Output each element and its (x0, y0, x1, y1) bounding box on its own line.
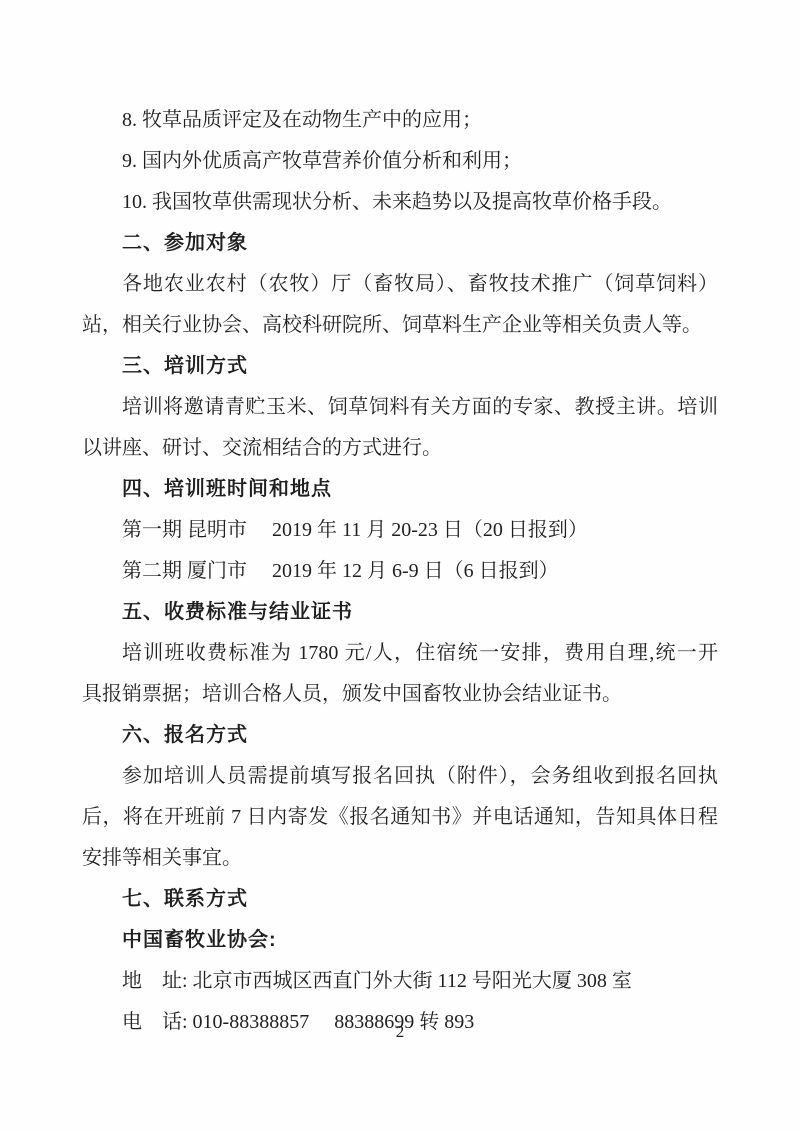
paragraph-line: 站，相关行业协会、高校科研院所、饲草料生产企业等相关负责人等。 (82, 305, 718, 346)
section-heading-contact: 七、联系方式 (82, 879, 718, 920)
numbered-item-9: 9. 国内外优质高产牧草营养价值分析和利用； (82, 141, 718, 182)
numbered-item-10: 10. 我国牧草供需现状分析、未来趋势以及提高牧草价格手段。 (82, 182, 718, 223)
paragraph-line: 具报销票据；培训合格人员，颁发中国畜牧业协会结业证书。 (82, 674, 718, 715)
paragraph-line: 培训将邀请青贮玉米、饲草饲料有关方面的专家、教授主讲。培训 (82, 387, 718, 428)
document-page: 8. 牧草品质评定及在动物生产中的应用； 9. 国内外优质高产牧草营养价值分析和… (0, 0, 800, 1131)
section-heading-time-location: 四、培训班时间和地点 (82, 469, 718, 510)
page-number: 2 (0, 1022, 800, 1042)
document-content: 8. 牧草品质评定及在动物生产中的应用； 9. 国内外优质高产牧草营养价值分析和… (0, 0, 800, 1043)
section-heading-participants: 二、参加对象 (82, 223, 718, 264)
section-heading-fees-certificate: 五、收费标准与结业证书 (82, 592, 718, 633)
numbered-item-8: 8. 牧草品质评定及在动物生产中的应用； (82, 100, 718, 141)
paragraph-line: 以讲座、研讨、交流相结合的方式进行。 (82, 428, 718, 469)
paragraph-line: 参加培训人员需提前填写报名回执（附件），会务组收到报名回执 (82, 756, 718, 797)
schedule-line-session-2: 第二期 厦门市 2019 年 12 月 6-9 日（6 日报到） (82, 551, 718, 592)
org-name: 中国畜牧业协会: (82, 920, 718, 961)
contact-line-address: 地 址: 北京市西城区西直门外大街 112 号阳光大厦 308 室 (82, 961, 718, 1002)
paragraph-line: 安排等相关事宜。 (82, 838, 718, 879)
section-heading-training-method: 三、培训方式 (82, 346, 718, 387)
paragraph-line: 各地农业农村（农牧）厅（畜牧局）、畜牧技术推广（饲草饲料） (82, 264, 718, 305)
section-heading-registration: 六、报名方式 (82, 715, 718, 756)
schedule-line-session-1: 第一期 昆明市 2019 年 11 月 20-23 日（20 日报到） (82, 510, 718, 551)
paragraph-line: 后，将在开班前 7 日内寄发《报名通知书》并电话通知，告知具体日程 (82, 797, 718, 838)
paragraph-line: 培训班收费标准为 1780 元/人，住宿统一安排，费用自理,统一开 (82, 633, 718, 674)
